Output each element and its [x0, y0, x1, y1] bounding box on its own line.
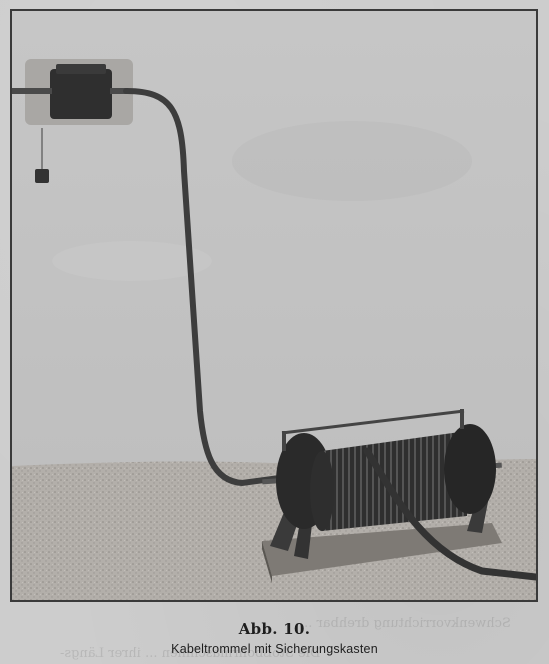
figure-label: Abb. 10.: [0, 620, 549, 638]
figure-caption: Kabeltrommel mit Sicherungskasten: [0, 642, 549, 656]
figure-photograph: [10, 9, 538, 602]
